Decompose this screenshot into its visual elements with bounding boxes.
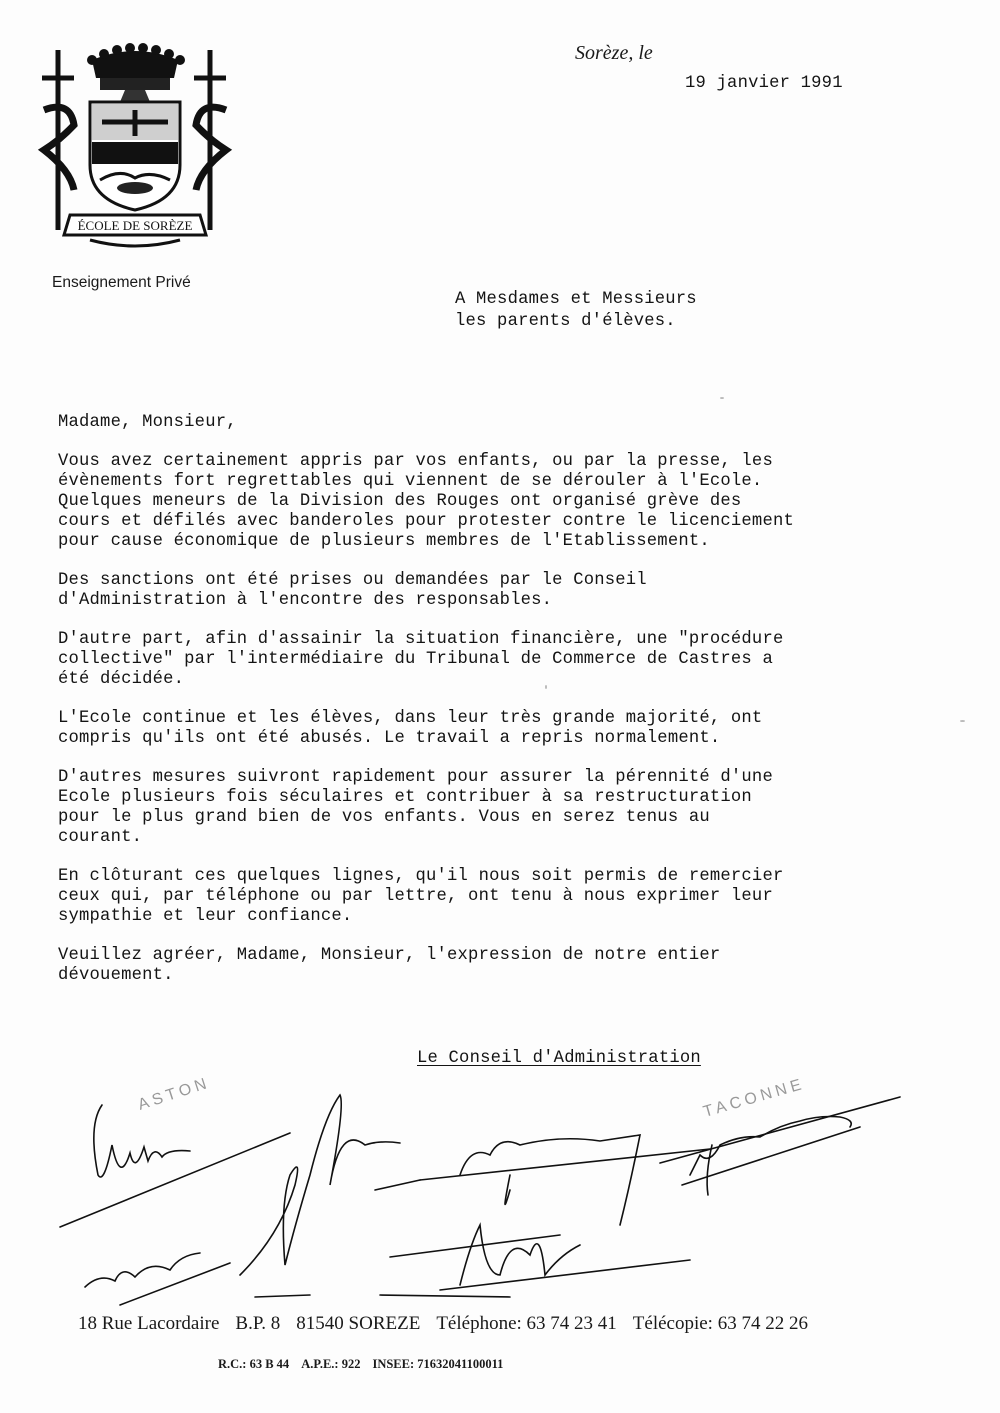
- sword-icon: [194, 50, 226, 230]
- footer-rc: R.C.: 63 B 44: [218, 1357, 289, 1371]
- body-paragraph: Des sanctions ont été prises ou demandée…: [58, 571, 938, 611]
- footer-city: 81540 SOREZE: [296, 1313, 420, 1334]
- footer-registration: R.C.: 63 B 44A.P.E.: 922INSEE: 716320411…: [218, 1357, 515, 1372]
- body-paragraph: L'Ecole continue et les élèves, dans leu…: [58, 709, 938, 749]
- crown-icon: [87, 43, 185, 102]
- cross-icon: [42, 50, 74, 230]
- recipient-line-2: les parents d'élèves.: [455, 311, 697, 333]
- salutation: Madame, Monsieur,: [58, 413, 938, 433]
- footer-po-box: B.P. 8: [235, 1313, 280, 1334]
- stamped-name: ASTON: [136, 1075, 212, 1114]
- footer-telephone: Téléphone: 63 74 23 41: [436, 1313, 616, 1334]
- body-paragraph: D'autre part, afin d'assainir la situati…: [58, 630, 938, 690]
- recipient-line-1: A Mesdames et Messieurs: [455, 289, 697, 311]
- scan-speck: [545, 685, 547, 689]
- signature-scribble: [94, 1105, 190, 1177]
- footer-address: 18 Rue LacordaireB.P. 881540 SOREZETélép…: [78, 1313, 824, 1335]
- recipient-block: A Mesdames et Messieurs les parents d'él…: [455, 289, 697, 333]
- shield-icon: [90, 102, 180, 210]
- school-crest-logo: ÉCOLE DE SORÈZE: [30, 30, 240, 250]
- stamped-name: TACONNE: [701, 1076, 807, 1121]
- sector-label: Enseignement Privé: [52, 274, 191, 292]
- body-paragraph: D'autres mesures suivront rapidement pou…: [58, 768, 938, 848]
- footer-street: 18 Rue Lacordaire: [78, 1313, 219, 1334]
- body-paragraph: En clôturant ces quelques lignes, qu'il …: [58, 867, 938, 927]
- footer-insee: INSEE: 71632041100011: [372, 1357, 503, 1371]
- signatures: ASTON TACONNE: [40, 1065, 920, 1315]
- scan-speck: [960, 720, 965, 722]
- letter-body: Madame, Monsieur, Vous avez certainement…: [58, 413, 938, 1005]
- letter-date: 19 janvier 1991: [685, 74, 843, 93]
- place-label: Sorèze, le: [575, 42, 653, 65]
- crest-banner-text: ÉCOLE DE SORÈZE: [78, 218, 193, 233]
- letter-page: ÉCOLE DE SORÈZE Sorèze, le 19 janvier 19…: [0, 0, 1000, 1413]
- scan-speck: [720, 397, 724, 399]
- footer-fax: Télécopie: 63 74 22 26: [633, 1313, 808, 1334]
- footer-ape: A.P.E.: 922: [301, 1357, 360, 1371]
- closing-paragraph: Veuillez agréer, Madame, Monsieur, l'exp…: [58, 946, 938, 986]
- body-paragraph: Vous avez certainement appris par vos en…: [58, 452, 938, 552]
